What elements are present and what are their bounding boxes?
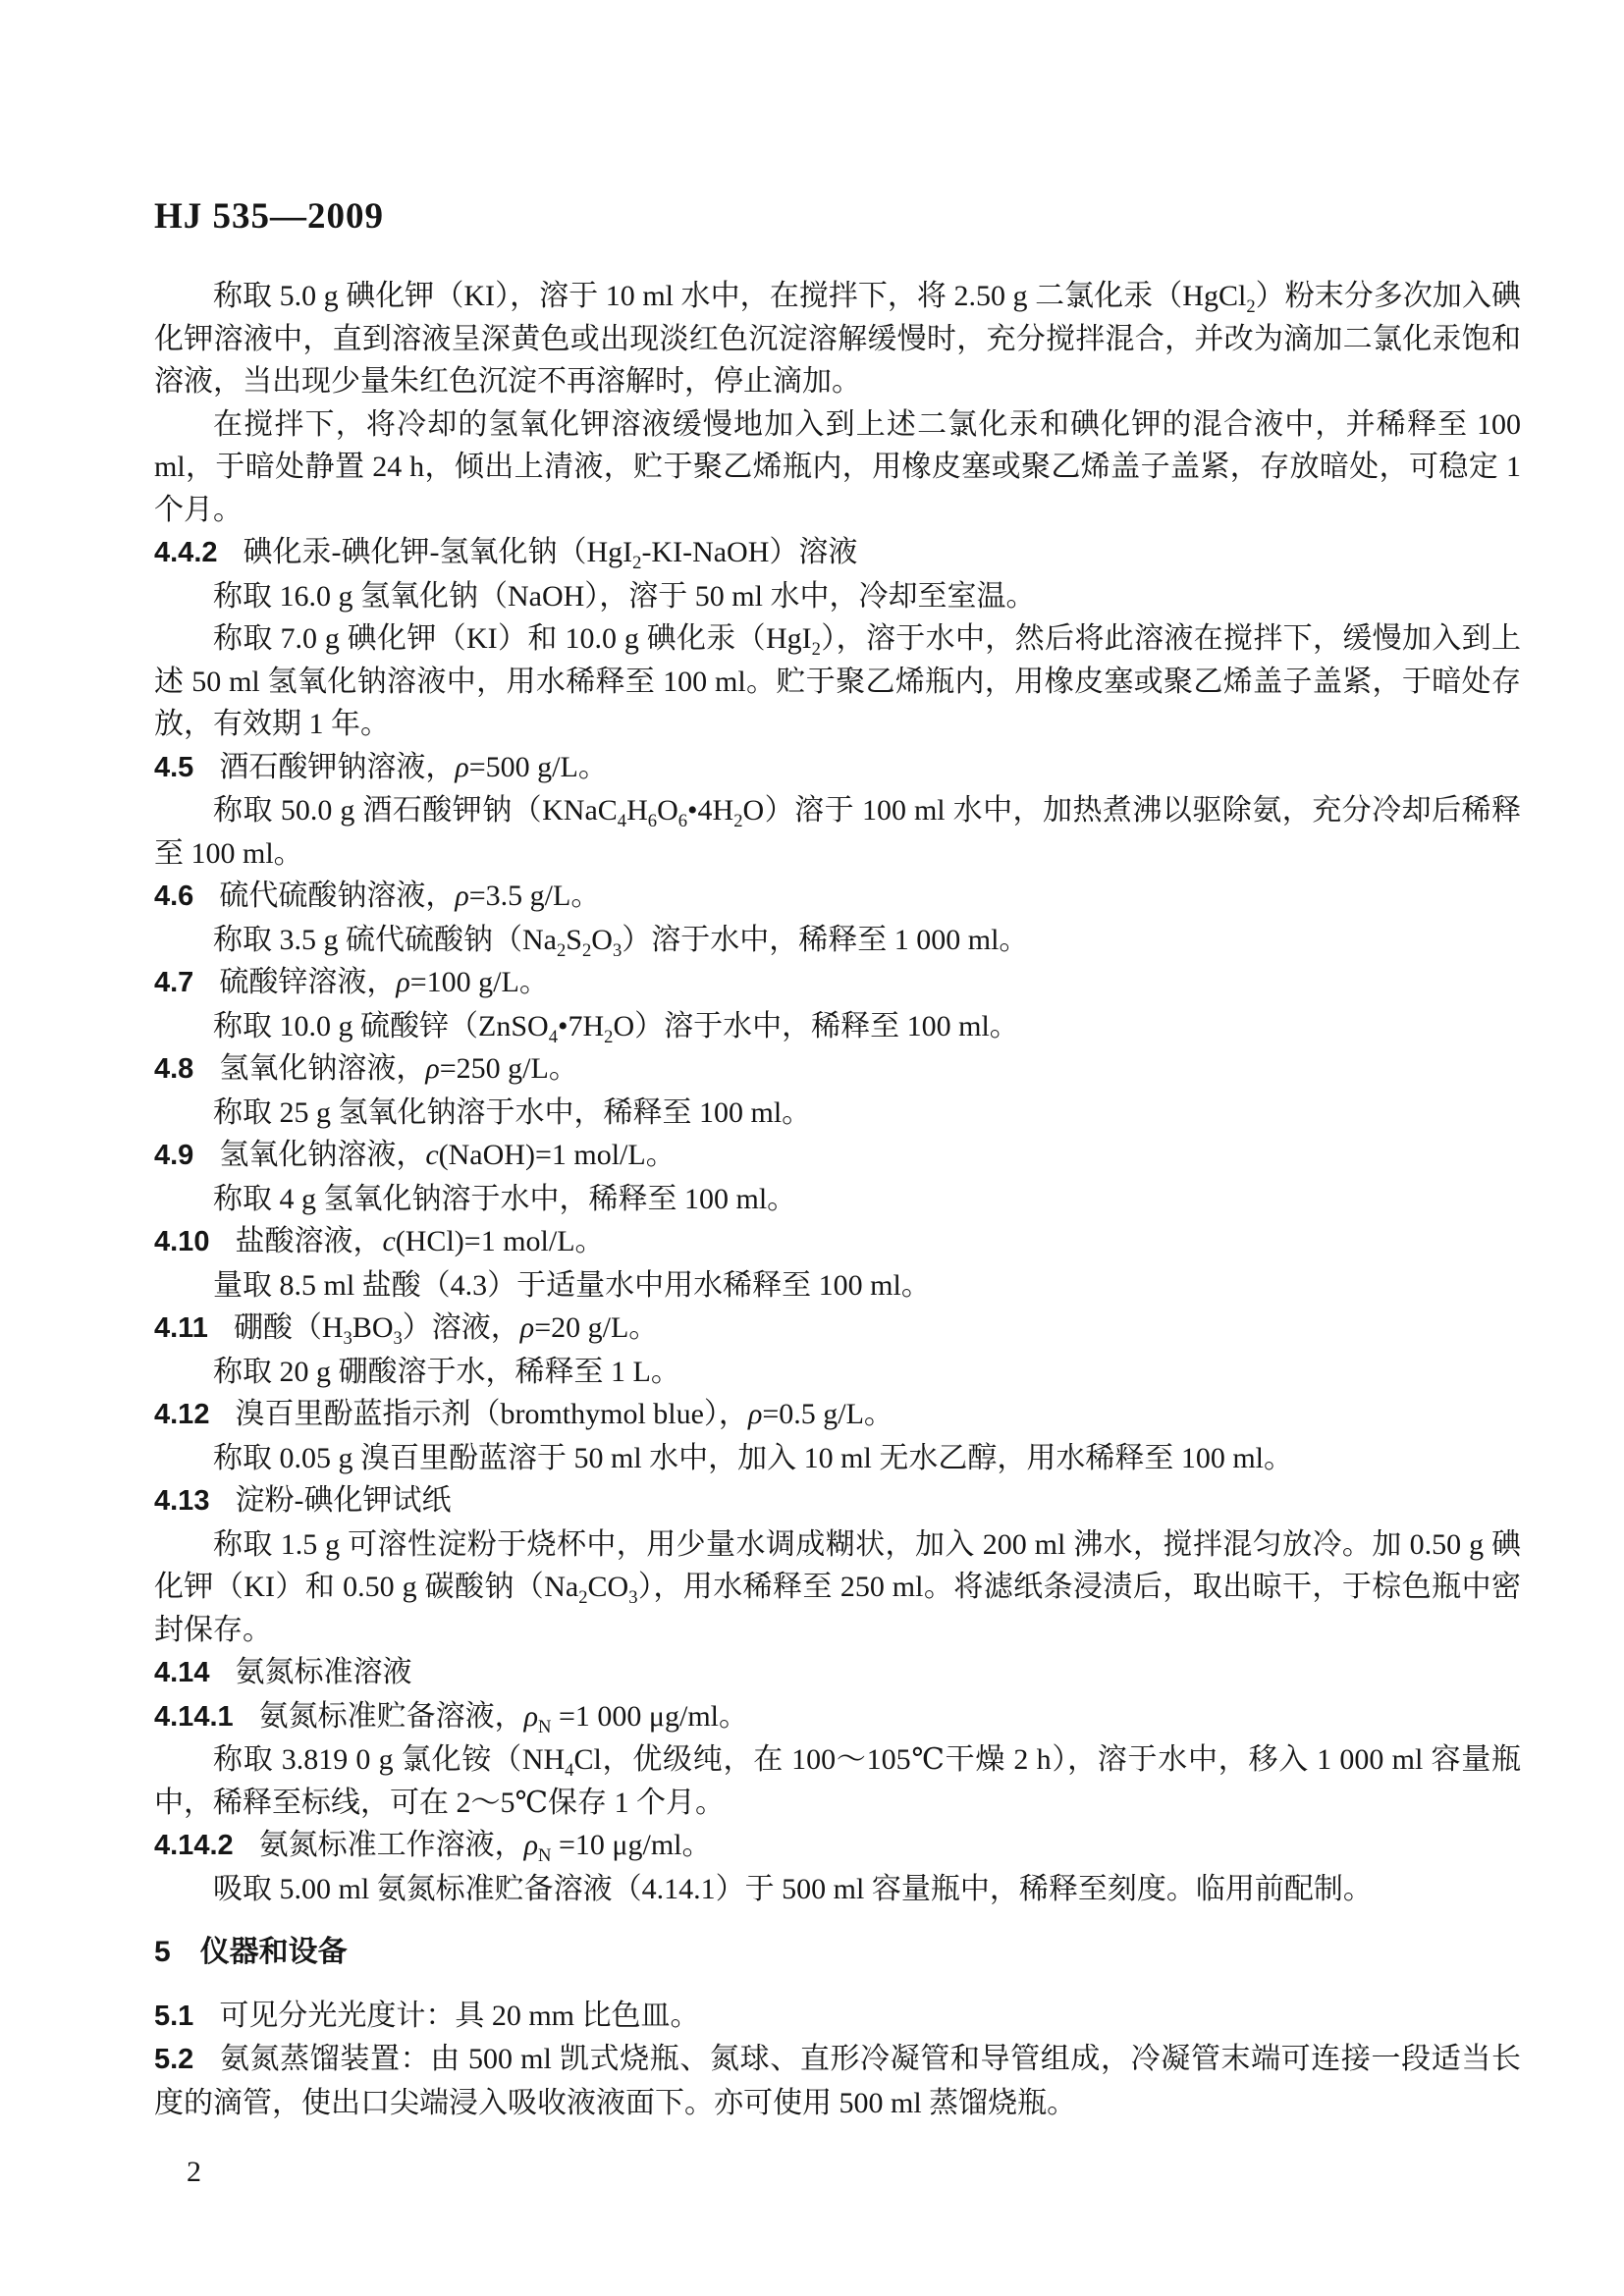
paragraph: 称取 10.0 g 硫酸锌（ZnSO4•7H2O）溶于水中，稀释至 100 ml… xyxy=(154,1005,1521,1048)
text-run: 淀粉-碘化钾试纸 xyxy=(235,1484,451,1517)
text-run: 称取 0.05 g 溴百里酚蓝溶于 50 ml 水中，加入 10 ml 无水乙醇… xyxy=(213,1442,1293,1474)
paragraph: 称取 3.5 g 硫代硫酸钠（Na2S2O3）溶于水中，稀释至 1 000 ml… xyxy=(154,919,1521,962)
text-run: 称取 10.0 g 硫酸锌（ZnSO4•7H2O）溶于水中，稀释至 100 ml… xyxy=(213,1010,1019,1042)
text-run: 称取 3.5 g 硫代硫酸钠（Na2S2O3）溶于水中，稀释至 1 000 ml… xyxy=(213,924,1028,956)
text-run: 称取 16.0 g 氢氧化钠（NaOH），溶于 50 ml 水中，冷却至室温。 xyxy=(213,580,1035,613)
paragraph: 称取 3.819 0 g 氯化铵（NH4Cl，优级纯，在 100～105℃干燥 … xyxy=(154,1738,1521,1824)
clause-number: 4.12 xyxy=(154,1399,209,1430)
clause-number: 4.5 xyxy=(154,752,193,783)
text-run: 称取 50.0 g 酒石酸钾钠（KNaC4H6O6•4H2O）溶于 100 ml… xyxy=(154,794,1521,870)
text-run: 碘化汞-碘化钾-氢氧化钠（HgI2-KI-NaOH）溶液 xyxy=(244,536,858,568)
clause-number: 5.2 xyxy=(154,2044,193,2075)
text-run: 称取 5.0 g 碘化钾（KI），溶于 10 ml 水中，在搅拌下，将 2.50… xyxy=(154,280,1521,398)
paragraph: 称取 0.05 g 溴百里酚蓝溶于 50 ml 水中，加入 10 ml 无水乙醇… xyxy=(154,1437,1521,1480)
text-run: 量取 8.5 ml 盐酸（4.3）于适量水中用水稀释至 100 ml。 xyxy=(213,1269,931,1302)
clause-number: 4.9 xyxy=(154,1140,193,1171)
text-run: 硫酸锌溶液，ρ=100 g/L。 xyxy=(219,966,549,998)
clause-heading: 4.13淀粉-碘化钾试纸 xyxy=(154,1479,1521,1523)
clause-heading: 4.4.2碘化汞-碘化钾-氢氧化钠（HgI2-KI-NaOH）溶液 xyxy=(154,531,1521,575)
text-run: 氨氮蒸馏装置：由 500 ml 凯式烧瓶、氮球、直形冷凝管和导管组成，冷凝管末端… xyxy=(154,2043,1521,2119)
text-run: 氨氮标准贮备溶液，ρN =1 000 μg/ml。 xyxy=(259,1700,748,1733)
page-body: HJ 535—2009 称取 5.0 g 碘化钾（KI），溶于 10 ml 水中… xyxy=(154,194,1521,2193)
text-run: 仪器和设备 xyxy=(200,1936,348,1968)
clause-heading: 4.12溴百里酚蓝指示剂（bromthymol blue），ρ=0.5 g/L。 xyxy=(154,1393,1521,1437)
text-run: 可见分光光度计：具 20 mm 比色皿。 xyxy=(219,2000,699,2032)
text-run: 氨氮标准工作溶液，ρN =10 μg/ml。 xyxy=(259,1829,712,1861)
clause-number: 4.7 xyxy=(154,967,193,998)
clause-number: 4.6 xyxy=(154,881,193,912)
clause-heading: 4.5酒石酸钾钠溶液，ρ=500 g/L。 xyxy=(154,746,1521,790)
clause-number: 4.11 xyxy=(154,1312,208,1344)
paragraph: 称取 20 g 硼酸溶于水，稀释至 1 L。 xyxy=(154,1351,1521,1394)
clause-heading: 4.11硼酸（H3BO3）溶液，ρ=20 g/L。 xyxy=(154,1307,1521,1351)
clause-heading: 4.14氨氮标准溶液 xyxy=(154,1651,1521,1695)
clause-number: 4.14.2 xyxy=(154,1830,234,1861)
clause-number: 4.4.2 xyxy=(154,537,218,568)
text-run: 氢氧化钠溶液，c(NaOH)=1 mol/L。 xyxy=(219,1139,675,1171)
text-run: 盐酸溶液，c(HCl)=1 mol/L。 xyxy=(235,1225,604,1257)
clause-heading: 4.9氢氧化钠溶液，c(NaOH)=1 mol/L。 xyxy=(154,1134,1521,1178)
text-run: 氨氮标准溶液 xyxy=(235,1656,411,1688)
clause-number: 4.14 xyxy=(154,1657,209,1688)
clause-heading: 5.2氨氮蒸馏装置：由 500 ml 凯式烧瓶、氮球、直形冷凝管和导管组成，冷凝… xyxy=(154,2038,1521,2124)
clause-number: 4.10 xyxy=(154,1226,209,1257)
section-heading: 5仪器和设备 xyxy=(154,1931,1521,1974)
paragraph: 称取 4 g 氢氧化钠溶于水中，稀释至 100 ml。 xyxy=(154,1178,1521,1221)
document-content: 称取 5.0 g 碘化钾（KI），溶于 10 ml 水中，在搅拌下，将 2.50… xyxy=(154,275,1521,2124)
text-run: 称取 20 g 硼酸溶于水，稀释至 1 L。 xyxy=(213,1356,680,1388)
paragraph: 称取 50.0 g 酒石酸钾钠（KNaC4H6O6•4H2O）溶于 100 ml… xyxy=(154,789,1521,875)
text-run: 硼酸（H3BO3）溶液，ρ=20 g/L。 xyxy=(234,1311,658,1344)
paragraph: 称取 5.0 g 碘化钾（KI），溶于 10 ml 水中，在搅拌下，将 2.50… xyxy=(154,275,1521,403)
text-run: 称取 7.0 g 碘化钾（KI）和 10.0 g 碘化汞（HgI2），溶于水中，… xyxy=(154,622,1521,740)
paragraph: 称取 25 g 氢氧化钠溶于水中，稀释至 100 ml。 xyxy=(154,1092,1521,1135)
clause-number: 5.1 xyxy=(154,2001,193,2032)
paragraph: 称取 7.0 g 碘化钾（KI）和 10.0 g 碘化汞（HgI2），溶于水中，… xyxy=(154,617,1521,746)
clause-heading: 4.10盐酸溶液，c(HCl)=1 mol/L。 xyxy=(154,1220,1521,1264)
paragraph: 在搅拌下，将冷却的氢氧化钾溶液缓慢地加入到上述二氯化汞和碘化钾的混合液中，并稀释… xyxy=(154,403,1521,532)
clause-heading: 4.7硫酸锌溶液，ρ=100 g/L。 xyxy=(154,961,1521,1005)
text-run: 硫代硫酸钠溶液，ρ=3.5 g/L。 xyxy=(219,880,600,912)
text-run: 在搅拌下，将冷却的氢氧化钾溶液缓慢地加入到上述二氯化汞和碘化钾的混合液中，并稀释… xyxy=(154,408,1521,526)
page-number: 2 xyxy=(154,2151,1521,2193)
clause-heading: 4.14.2氨氮标准工作溶液，ρN =10 μg/ml。 xyxy=(154,1824,1521,1868)
document-page: HJ 535—2009 称取 5.0 g 碘化钾（KI），溶于 10 ml 水中… xyxy=(0,0,1624,2296)
clause-number: 4.14.1 xyxy=(154,1701,234,1733)
clause-number: 4.8 xyxy=(154,1053,193,1085)
paragraph: 称取 16.0 g 氢氧化钠（NaOH），溶于 50 ml 水中，冷却至室温。 xyxy=(154,575,1521,618)
paragraph: 吸取 5.00 ml 氨氮标准贮备溶液（4.14.1）于 500 ml 容量瓶中… xyxy=(154,1868,1521,1911)
text-run: 吸取 5.00 ml 氨氮标准贮备溶液（4.14.1）于 500 ml 容量瓶中… xyxy=(213,1873,1373,1905)
clause-number: 4.13 xyxy=(154,1485,209,1517)
standard-number-header: HJ 535—2009 xyxy=(154,194,1521,240)
clause-heading: 4.14.1氨氮标准贮备溶液，ρN =1 000 μg/ml。 xyxy=(154,1695,1521,1739)
text-run: 称取 25 g 氢氧化钠溶于水中，稀释至 100 ml。 xyxy=(213,1096,811,1129)
clause-heading: 4.8氢氧化钠溶液，ρ=250 g/L。 xyxy=(154,1047,1521,1092)
text-run: 氢氧化钠溶液，ρ=250 g/L。 xyxy=(219,1052,578,1085)
text-run: 称取 1.5 g 可溶性淀粉于烧杯中，用少量水调成糊状，加入 200 ml 沸水… xyxy=(154,1528,1521,1646)
text-run: 酒石酸钾钠溶液，ρ=500 g/L。 xyxy=(219,751,608,783)
text-run: 称取 4 g 氢氧化钠溶于水中，稀释至 100 ml。 xyxy=(213,1183,796,1215)
paragraph: 称取 1.5 g 可溶性淀粉于烧杯中，用少量水调成糊状，加入 200 ml 沸水… xyxy=(154,1523,1521,1652)
text-run: 称取 3.819 0 g 氯化铵（NH4Cl，优级纯，在 100～105℃干燥 … xyxy=(154,1743,1521,1819)
clause-heading: 5.1可见分光光度计：具 20 mm 比色皿。 xyxy=(154,1995,1521,2039)
text-run: 溴百里酚蓝指示剂（bromthymol blue），ρ=0.5 g/L。 xyxy=(235,1398,893,1430)
clause-heading: 4.6硫代硫酸钠溶液，ρ=3.5 g/L。 xyxy=(154,875,1521,919)
paragraph: 量取 8.5 ml 盐酸（4.3）于适量水中用水稀释至 100 ml。 xyxy=(154,1264,1521,1308)
clause-number: 5 xyxy=(154,1936,171,1968)
